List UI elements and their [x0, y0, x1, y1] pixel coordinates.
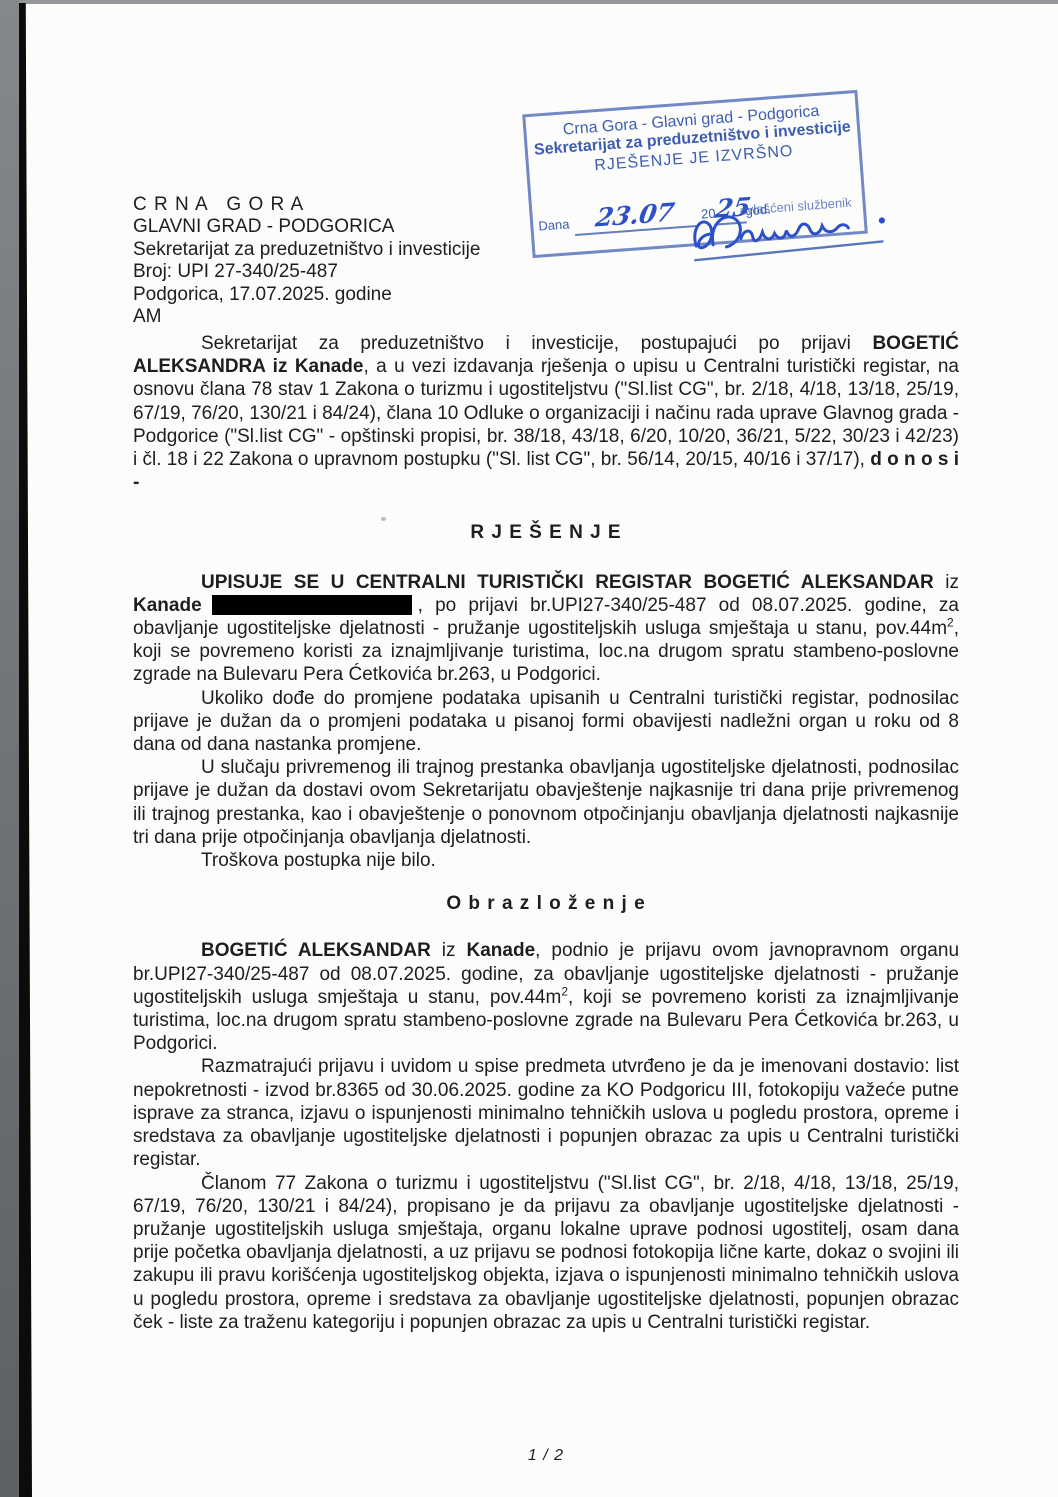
- stamp-date-label: Dana: [538, 216, 570, 233]
- scan-edge-top: [0, 0, 1058, 4]
- document-body: Sekretarijat za preduzetništvo i investi…: [133, 332, 959, 1334]
- reasoning-paragraph-1: BOGETIĆ ALEKSANDAR iz Kanade, podnio je …: [133, 939, 959, 1055]
- reasoning-applicant-bold: BOGETIĆ ALEKSANDAR: [201, 940, 431, 961]
- letterhead-place-date: Podgorica, 17.07.2025. godine: [133, 284, 480, 306]
- decision-registration-bold: UPISUJE SE U CENTRALNI TURISTIČKI REGIST…: [201, 572, 934, 593]
- reasoning-paragraph-3: Članom 77 Zakona o turizmu i ugostiteljs…: [133, 1172, 959, 1334]
- rjesenje-title: R J E Š E N J E: [133, 521, 959, 544]
- decision-paragraph-3: U slučaju privremenog ili trajnog presta…: [133, 756, 959, 849]
- stamp-date-handwritten: 23.07: [593, 197, 676, 232]
- intro-text-1: Sekretarijat za preduzetništvo i investi…: [201, 333, 872, 354]
- scan-edge-left-gray: [0, 0, 19, 1497]
- executed-stamp: Crna Gora - Glavni grad - Podgorica Sekr…: [522, 90, 868, 258]
- superscript-2: 2: [947, 616, 954, 630]
- decision-country-bold: Kanade: [133, 595, 202, 616]
- decision-paragraph-2: Ukoliko dođe do promjene podataka upisan…: [133, 687, 959, 757]
- letterhead-initials: AM: [133, 306, 480, 328]
- letterhead-country: C R N A G O R A: [133, 194, 480, 216]
- reasoning-text-1: iz: [431, 940, 467, 961]
- redaction-box: [212, 595, 412, 615]
- decision-text-1: iz: [934, 572, 959, 593]
- reasoning-paragraph-2: Razmatrajući prijavu i uvidom u spise pr…: [133, 1055, 959, 1171]
- scan-edge-left-black: [19, 3, 32, 1497]
- decision-paragraph-1: UPISUJE SE U CENTRALNI TURISTIČKI REGIST…: [133, 571, 959, 687]
- reasoning-country-bold: Kanade: [467, 940, 536, 961]
- superscript-2: 2: [561, 985, 568, 999]
- letterhead-city: GLAVNI GRAD - PODGORICA: [133, 216, 480, 238]
- scanned-document-page: C R N A G O R A GLAVNI GRAD - PODGORICA …: [0, 0, 1058, 1497]
- letterhead-number: Broj: UPI 27-340/25-487: [133, 261, 480, 283]
- page-number: 1 / 2: [133, 1447, 959, 1465]
- intro-paragraph: Sekretarijat za preduzetništvo i investi…: [133, 332, 959, 494]
- letterhead: C R N A G O R A GLAVNI GRAD - PODGORICA …: [133, 194, 480, 328]
- obrazlozenje-title: O b r a z l o ž e n j e: [133, 892, 959, 915]
- decision-paragraph-4: Troškova postupka nije bilo.: [133, 849, 959, 872]
- letterhead-department: Sekretarijat za preduzetništvo i investi…: [133, 239, 480, 261]
